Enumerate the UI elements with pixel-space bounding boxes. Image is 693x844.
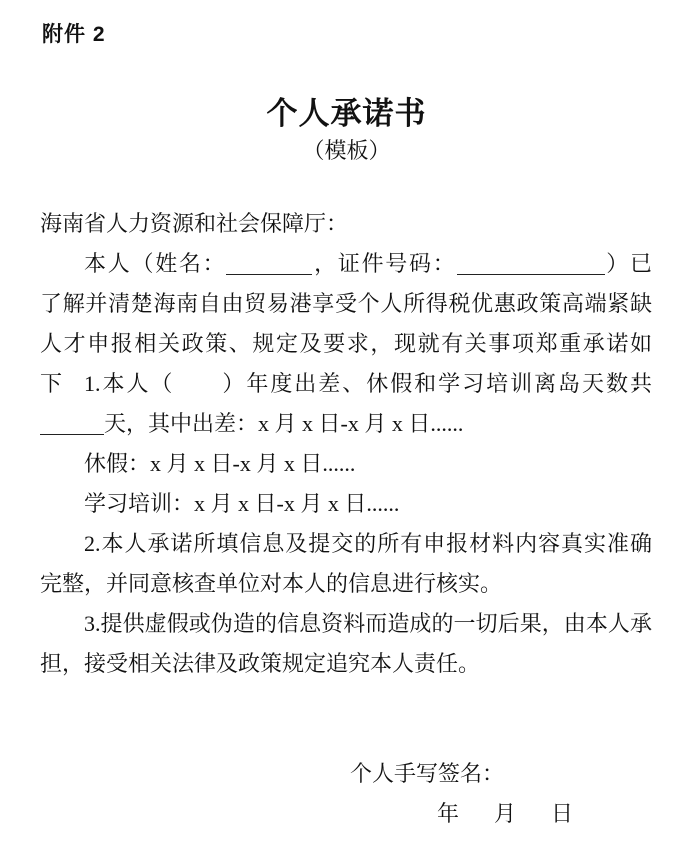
intro-line-3: 人才申报相关政策、规定及要求，现就有关事项郑重承诺如下： <box>40 324 652 364</box>
item1-line-3: 休假：x 月 x 日-x 月 x 日...... <box>40 444 652 484</box>
date-year-label: 年 <box>437 794 459 834</box>
attachment-label: 附件 2 <box>42 18 106 48</box>
salutation-line: 海南省人力资源和社会保障厅： <box>40 204 652 244</box>
item3-line-1: 3.提供虚假或伪造的信息资料而造成的一切后果，由本人承 <box>40 604 652 644</box>
document-body: 海南省人力资源和社会保障厅： 本人（姓名：，证件号码：）已 了解并清楚海南自由贸… <box>40 204 652 834</box>
document-title: 个人承诺书 <box>0 88 693 133</box>
signature-label: 个人手写签名： <box>350 761 504 786</box>
signature-row: 个人手写签名： <box>40 754 652 794</box>
days-blank-field <box>40 415 104 435</box>
item2-line-1: 2.本人承诺所填信息及提交的所有申报材料内容真实准确 <box>40 524 652 564</box>
item1-line-4: 学习培训：x 月 x 日-x 月 x 日...... <box>40 484 652 524</box>
intro-id-label: ，证件号码： <box>312 251 456 276</box>
intro-line-2: 了解并清楚海南自由贸易港享受个人所得税优惠政策高端紧缺 <box>40 284 652 324</box>
intro-tail-text: ）已 <box>605 251 652 276</box>
item3-line-2: 担，接受相关法律及政策规定追究本人责任。 <box>40 644 652 684</box>
document-page: 附件 2 个人承诺书 （模板） 海南省人力资源和社会保障厅： 本人（姓名：，证件… <box>0 0 693 844</box>
item2-line-2: 完整，并同意核查单位对本人的信息进行核实。 <box>40 564 652 604</box>
name-blank-field <box>226 255 312 275</box>
item1-line-2: 天，其中出差：x 月 x 日-x 月 x 日...... <box>40 404 652 444</box>
signature-date-row: 年 月 日 <box>40 794 652 834</box>
item1-line-1: 1.本人（ ）年度出差、休假和学习培训离岛天数共 <box>40 364 652 404</box>
document-subtitle: （模板） <box>0 134 693 165</box>
intro-name-label: 本人（姓名： <box>84 251 226 276</box>
item1-line-2-text: 天，其中出差：x 月 x 日-x 月 x 日...... <box>104 411 463 436</box>
id-number-blank-field <box>457 255 605 275</box>
intro-line-1: 本人（姓名：，证件号码：）已 <box>40 244 652 284</box>
date-month-label: 月 <box>494 794 516 834</box>
date-day-label: 日 <box>551 794 573 834</box>
